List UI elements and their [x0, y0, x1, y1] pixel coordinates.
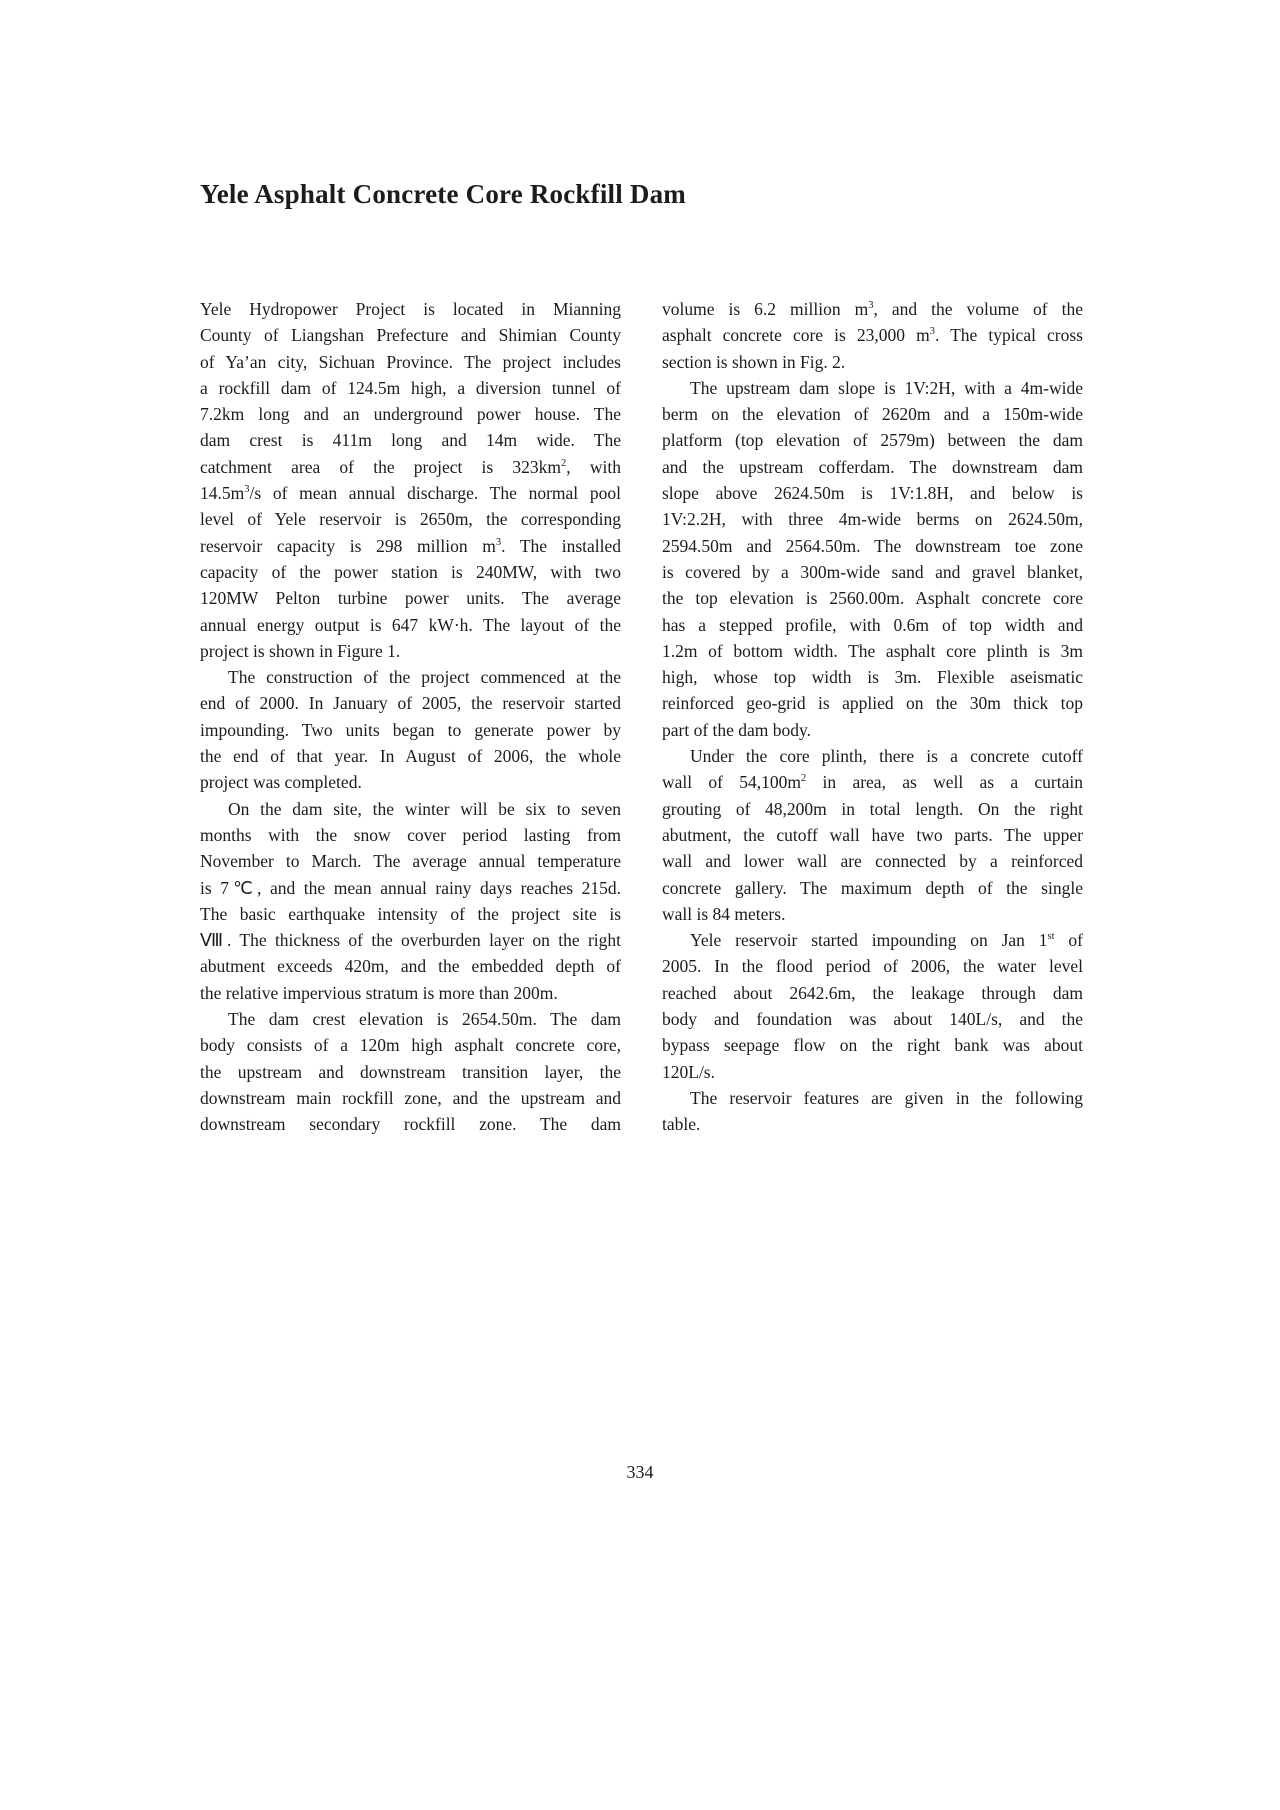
text-line: downstream secondary rockfill zone. The …: [200, 1111, 621, 1137]
text-line: The upstream dam slope is 1V:2H, with a …: [662, 375, 1083, 401]
text-line: 14.5m3/s of mean annual discharge. The n…: [200, 480, 621, 506]
text-line: downstream main rockfill zone, and the u…: [200, 1085, 621, 1111]
text-line: November to March. The average annual te…: [200, 848, 621, 874]
text-line: end of 2000. In January of 2005, the res…: [200, 690, 621, 716]
text-line: 120L/s.: [662, 1059, 1083, 1085]
text-line: capacity of the power station is 240MW, …: [200, 559, 621, 585]
text-line: slope above 2624.50m is 1V:1.8H, and bel…: [662, 480, 1083, 506]
text-line: and the upstream cofferdam. The downstre…: [662, 454, 1083, 480]
column-right: volume is 6.2 million m3, and the volume…: [662, 296, 1083, 1138]
text-line: The basic earthquake intensity of the pr…: [200, 901, 621, 927]
text-line: Yele Hydropower Project is located in Mi…: [200, 296, 621, 322]
page-title: Yele Asphalt Concrete Core Rockfill Dam: [200, 179, 686, 210]
text-line: County of Liangshan Prefecture and Shimi…: [200, 322, 621, 348]
text-line: high, whose top width is 3m. Flexible as…: [662, 664, 1083, 690]
text-line: of Ya’an city, Sichuan Province. The pro…: [200, 349, 621, 375]
text-line: the top elevation is 2560.00m. Asphalt c…: [662, 585, 1083, 611]
text-line: the upstream and downstream transition l…: [200, 1059, 621, 1085]
text-line: 2005. In the flood period of 2006, the w…: [662, 953, 1083, 979]
text-line: bypass seepage flow on the right bank wa…: [662, 1032, 1083, 1058]
text-line: reservoir capacity is 298 million m3. Th…: [200, 533, 621, 559]
text-line: level of Yele reservoir is 2650m, the co…: [200, 506, 621, 532]
text-line: wall and lower wall are connected by a r…: [662, 848, 1083, 874]
paper-page: Yele Asphalt Concrete Core Rockfill Dam …: [0, 0, 1280, 1810]
text-line: abutment exceeds 420m, and the embedded …: [200, 953, 621, 979]
text-line: grouting of 48,200m in total length. On …: [662, 796, 1083, 822]
text-line: a rockfill dam of 124.5m high, a diversi…: [200, 375, 621, 401]
text-line: 120MW Pelton turbine power units. The av…: [200, 585, 621, 611]
text-line: months with the snow cover period lastin…: [200, 822, 621, 848]
text-line: impounding. Two units began to generate …: [200, 717, 621, 743]
text-line: dam crest is 411m long and 14m wide. The: [200, 427, 621, 453]
text-line: reached about 2642.6m, the leakage throu…: [662, 980, 1083, 1006]
text-line: abutment, the cutoff wall have two parts…: [662, 822, 1083, 848]
text-line: project was completed.: [200, 769, 621, 795]
text-line: part of the dam body.: [662, 717, 1083, 743]
page-number: 334: [0, 1462, 1280, 1483]
text-line: wall of 54,100m2 in area, as well as a c…: [662, 769, 1083, 795]
text-line: volume is 6.2 million m3, and the volume…: [662, 296, 1083, 322]
text-line: On the dam site, the winter will be six …: [200, 796, 621, 822]
text-line: 1.2m of bottom width. The asphalt core p…: [662, 638, 1083, 664]
text-line: is 7℃, and the mean annual rainy days re…: [200, 875, 621, 901]
text-line: section is shown in Fig. 2.: [662, 349, 1083, 375]
text-line: The construction of the project commence…: [200, 664, 621, 690]
text-line: the end of that year. In August of 2006,…: [200, 743, 621, 769]
text-line: catchment area of the project is 323km2,…: [200, 454, 621, 480]
text-line: asphalt concrete core is 23,000 m3. The …: [662, 322, 1083, 348]
text-line: wall is 84 meters.: [662, 901, 1083, 927]
text-line: body consists of a 120m high asphalt con…: [200, 1032, 621, 1058]
text-line: The reservoir features are given in the …: [662, 1085, 1083, 1111]
text-line: berm on the elevation of 2620m and a 150…: [662, 401, 1083, 427]
text-line: Ⅷ. The thickness of the overburden layer…: [200, 927, 621, 953]
text-line: 7.2km long and an underground power hous…: [200, 401, 621, 427]
text-line: The dam crest elevation is 2654.50m. The…: [200, 1006, 621, 1032]
text-line: Under the core plinth, there is a concre…: [662, 743, 1083, 769]
text-line: body and foundation was about 140L/s, an…: [662, 1006, 1083, 1032]
column-left: Yele Hydropower Project is located in Mi…: [200, 296, 621, 1138]
text-line: has a stepped profile, with 0.6m of top …: [662, 612, 1083, 638]
text-columns: Yele Hydropower Project is located in Mi…: [200, 296, 1083, 1138]
text-line: 2594.50m and 2564.50m. The downstream to…: [662, 533, 1083, 559]
text-line: the relative impervious stratum is more …: [200, 980, 621, 1006]
text-line: table.: [662, 1111, 1083, 1137]
text-line: reinforced geo-grid is applied on the 30…: [662, 690, 1083, 716]
text-line: 1V:2.2H, with three 4m-wide berms on 262…: [662, 506, 1083, 532]
text-line: annual energy output is 647 kW·h. The la…: [200, 612, 621, 638]
text-line: project is shown in Figure 1.: [200, 638, 621, 664]
text-line: concrete gallery. The maximum depth of t…: [662, 875, 1083, 901]
text-line: Yele reservoir started impounding on Jan…: [662, 927, 1083, 953]
text-line: platform (top elevation of 2579m) betwee…: [662, 427, 1083, 453]
text-line: is covered by a 300m-wide sand and grave…: [662, 559, 1083, 585]
